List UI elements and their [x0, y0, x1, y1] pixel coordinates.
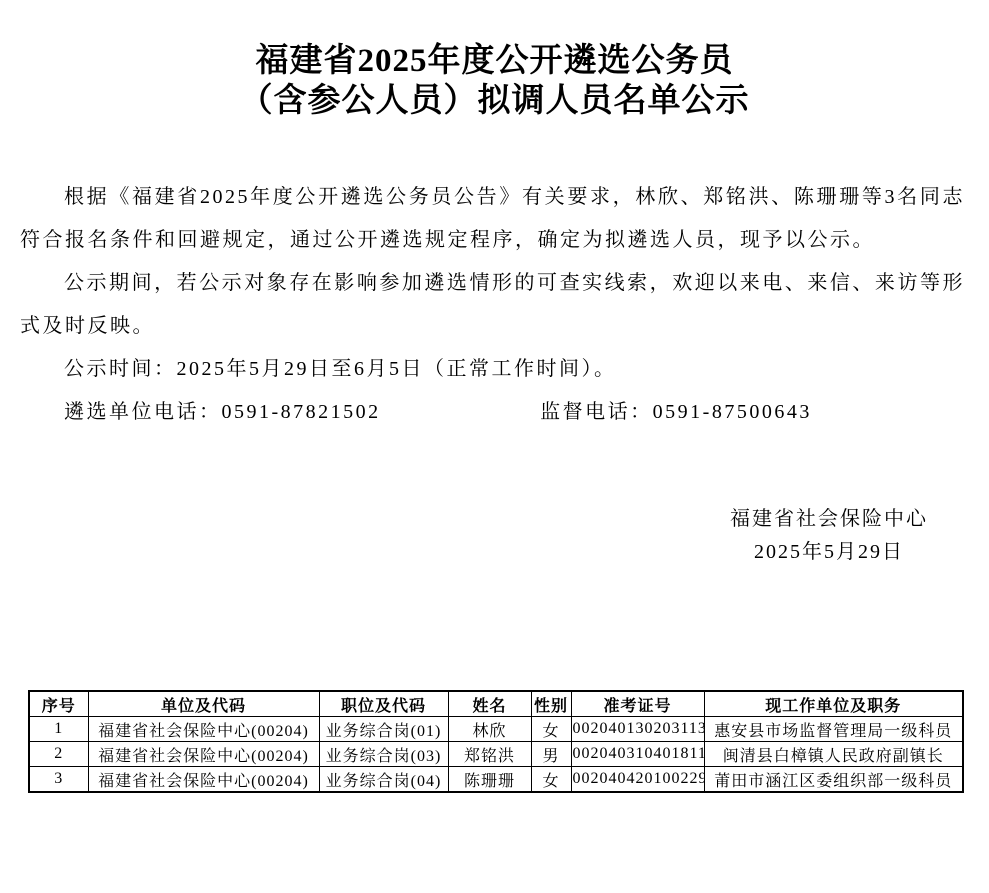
signature-date: 2025年5月29日	[714, 536, 944, 569]
cell-position-and-code: 业务综合岗(03)	[319, 742, 448, 767]
signature-organization: 福建省社会保险中心	[714, 503, 944, 536]
signature-block: 福建省社会保险中心 2025年5月29日	[714, 503, 944, 569]
header-admission-ticket-number: 准考证号	[571, 691, 704, 717]
cell-unit-and-code: 福建省社会保险中心(00204)	[88, 767, 319, 793]
cell-serial-number: 2	[29, 742, 88, 767]
announcement-document: 福建省2025年度公开遴选公务员 （含参公人员）拟调人员名单公示 根据《福建省2…	[0, 0, 989, 893]
cell-name: 郑铭洪	[448, 742, 531, 767]
header-name: 姓名	[448, 691, 531, 717]
selection-unit-phone: 遴选单位电话：0591-87821502	[64, 401, 381, 423]
cell-gender: 女	[531, 767, 571, 793]
cell-name: 陈珊珊	[448, 767, 531, 793]
header-current-unit-and-title: 现工作单位及职务	[704, 691, 963, 717]
candidates-table: 序号 单位及代码 职位及代码 姓名 性别 准考证号 现工作单位及职务 1 福建省…	[28, 690, 964, 793]
cell-current-unit-and-title: 闽清县白樟镇人民政府副镇长	[704, 742, 963, 767]
cell-serial-number: 1	[29, 717, 88, 742]
header-unit-and-code: 单位及代码	[88, 691, 319, 717]
cell-serial-number: 3	[29, 767, 88, 793]
cell-gender: 女	[531, 717, 571, 742]
page-title-line2: （含参公人员）拟调人员名单公示	[0, 81, 989, 121]
cell-current-unit-and-title: 莆田市涵江区委组织部一级科员	[704, 767, 963, 793]
cell-name: 林欣	[448, 717, 531, 742]
header-gender: 性别	[531, 691, 571, 717]
paragraph-selection-result: 根据《福建省2025年度公开遴选公务员公告》有关要求，林欣、郑铭洪、陈珊珊等3名…	[20, 176, 965, 262]
table-row: 2 福建省社会保险中心(00204) 业务综合岗(03) 郑铭洪 男 00204…	[29, 742, 963, 767]
page-title-line1: 福建省2025年度公开遴选公务员	[0, 41, 989, 81]
cell-admission-ticket-number: 002040420100229	[571, 767, 704, 793]
supervision-phone: 监督电话：0591-87500643	[540, 401, 812, 423]
header-serial-number: 序号	[29, 691, 88, 717]
header-position-and-code: 职位及代码	[319, 691, 448, 717]
cell-admission-ticket-number: 002040130203113	[571, 717, 704, 742]
cell-unit-and-code: 福建省社会保险中心(00204)	[88, 742, 319, 767]
cell-gender: 男	[531, 742, 571, 767]
cell-unit-and-code: 福建省社会保险中心(00204)	[88, 717, 319, 742]
document-body: 根据《福建省2025年度公开遴选公务员公告》有关要求，林欣、郑铭洪、陈珊珊等3名…	[20, 176, 965, 434]
cell-admission-ticket-number: 002040310401811	[571, 742, 704, 767]
table-row: 3 福建省社会保险中心(00204) 业务综合岗(04) 陈珊珊 女 00204…	[29, 767, 963, 793]
table-row: 1 福建省社会保险中心(00204) 业务综合岗(01) 林欣 女 002040…	[29, 717, 963, 742]
table-header-row: 序号 单位及代码 职位及代码 姓名 性别 准考证号 现工作单位及职务	[29, 691, 963, 717]
cell-current-unit-and-title: 惠安县市场监督管理局一级科员	[704, 717, 963, 742]
phone-line: 遴选单位电话：0591-87821502 监督电话：0591-87500643	[20, 391, 965, 434]
cell-position-and-code: 业务综合岗(01)	[319, 717, 448, 742]
cell-position-and-code: 业务综合岗(04)	[319, 767, 448, 793]
paragraph-publicity-time: 公示时间：2025年5月29日至6月5日（正常工作时间）。	[20, 348, 965, 391]
page-title: 福建省2025年度公开遴选公务员 （含参公人员）拟调人员名单公示	[0, 41, 989, 121]
paragraph-publicity-feedback: 公示期间，若公示对象存在影响参加遴选情形的可查实线索，欢迎以来电、来信、来访等形…	[20, 262, 965, 348]
